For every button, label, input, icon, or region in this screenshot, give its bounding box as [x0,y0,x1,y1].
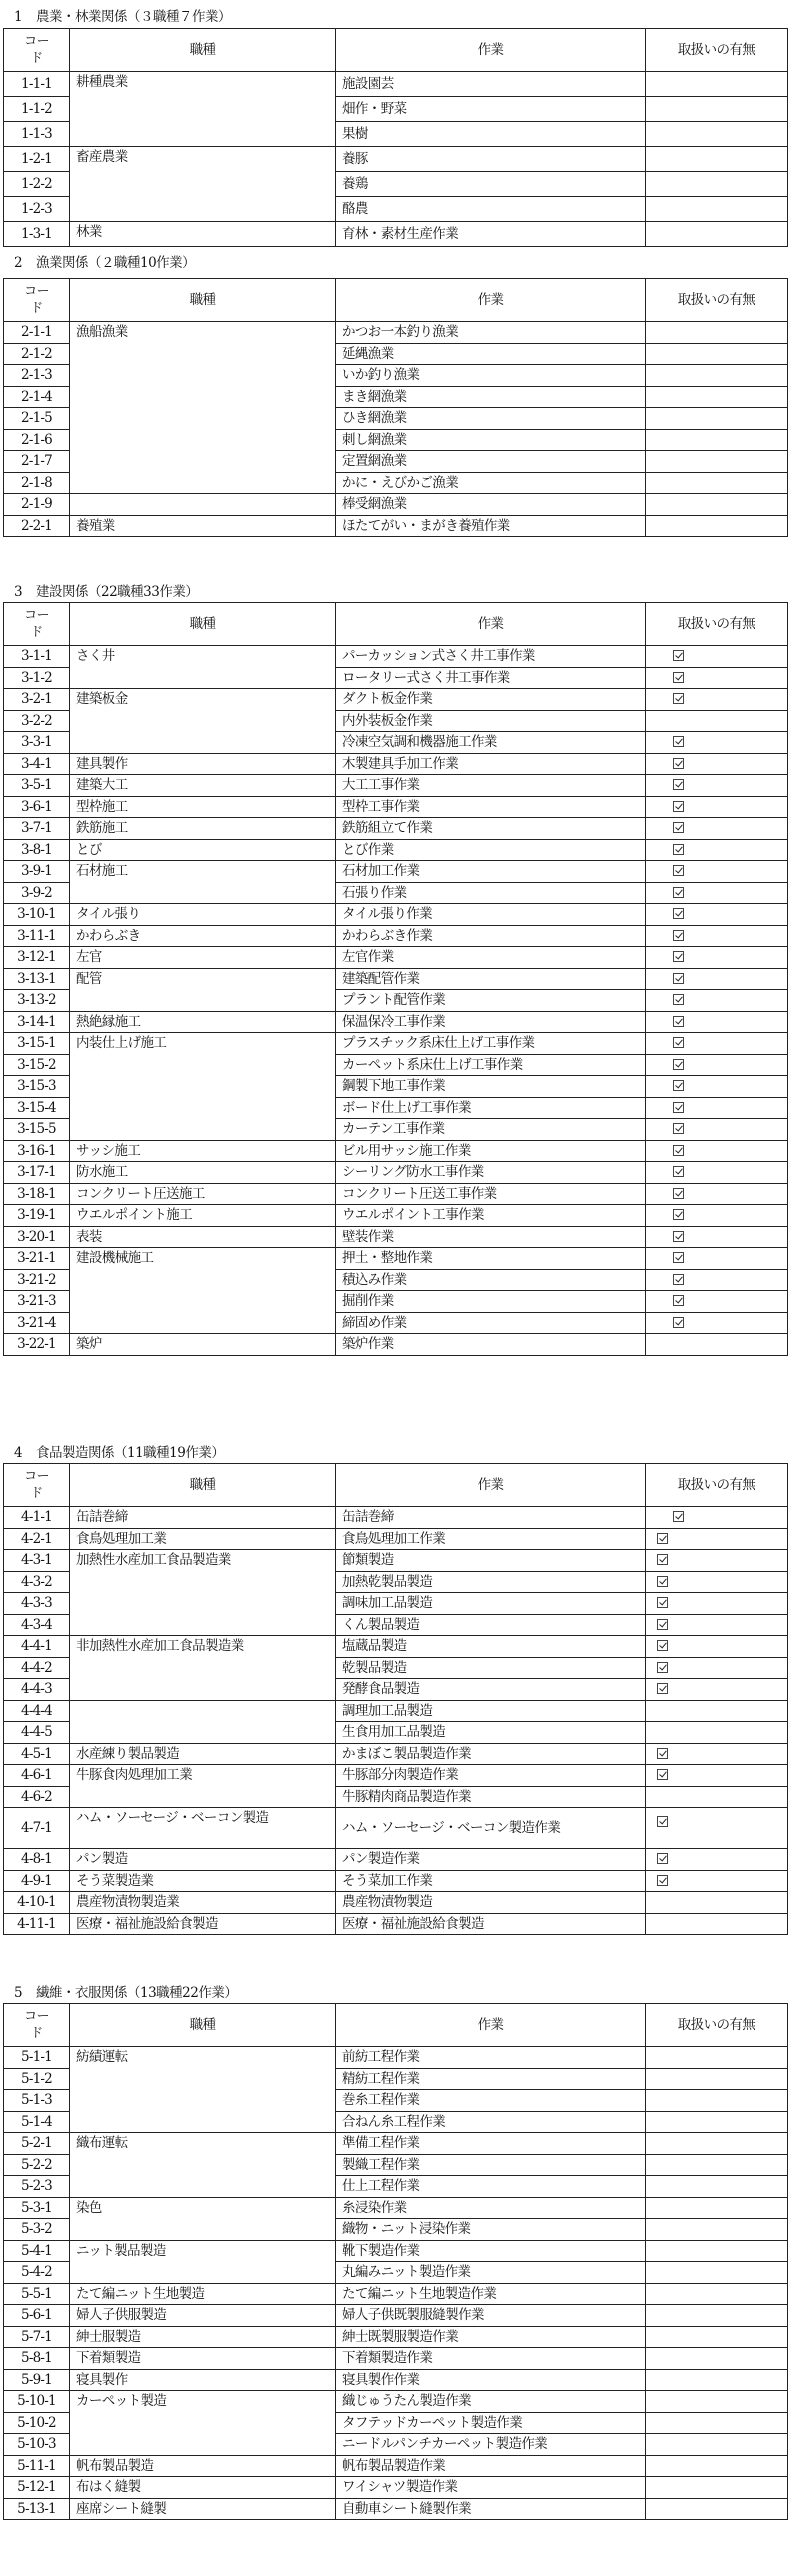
handled-cell[interactable] [646,1076,788,1098]
job-cell: 建築大工 [70,775,336,797]
task-cell: 織じゅうたん製造作業 [336,2391,646,2413]
code-cell: 4-4-2 [4,1657,70,1679]
job-cell: 熱絶縁施工 [70,1011,336,1033]
code-cell: 3-4-1 [4,753,70,775]
section-heading: 食品製造関係（11職種19作業） [36,1445,224,1461]
handled-cell[interactable] [646,72,788,97]
task-cell: 発酵食品製造 [336,1679,646,1701]
handled-cell[interactable] [646,1743,788,1765]
checked-box-icon[interactable] [673,1188,684,1199]
table-row: 4-4-1非加熱性水産加工食品製造業塩蔵品製造 [4,1636,788,1658]
header-handled: 取扱いの有無 [646,2004,788,2047]
checkbox-wrapper [646,1270,787,1290]
job-cell: 建築板金 [70,689,336,754]
section-title-5: 5繊維・衣服関係（13職種22作業） [14,1984,237,2002]
code-cell: 3-2-1 [4,689,70,711]
checked-box-icon[interactable] [673,672,684,683]
handled-cell[interactable] [646,1097,788,1119]
checkbox-wrapper [646,990,787,1010]
code-cell: 2-1-7 [4,451,70,473]
handled-cell[interactable] [646,494,788,516]
checked-box-icon[interactable] [673,1016,684,1027]
job-cell: 医療・福祉施設給食製造 [70,1913,336,1935]
checkbox-wrapper [646,797,787,817]
handled-cell[interactable] [646,172,788,197]
task-cell: パン製造作業 [336,1849,646,1871]
code-cell: 3-6-1 [4,796,70,818]
handled-cell[interactable] [646,2305,788,2327]
code-cell: 1-3-1 [4,222,70,247]
checked-box-icon[interactable] [673,844,684,855]
task-cell: かに・えびかご漁業 [336,472,646,494]
handled-cell[interactable] [646,2391,788,2413]
job-cell: そう菜製造業 [70,1870,336,1892]
handled-cell[interactable] [646,753,788,775]
code-cell: 3-20-1 [4,1226,70,1248]
checkbox-wrapper [646,1744,787,1764]
handled-cell[interactable] [646,947,788,969]
checkbox-wrapper [646,1849,787,1869]
code-cell: 4-3-4 [4,1614,70,1636]
job-cell: カーペット製造 [70,2391,336,2456]
task-cell: 靴下製造作業 [336,2240,646,2262]
code-cell: 5-1-3 [4,2090,70,2112]
task-cell: 壁装作業 [336,1226,646,1248]
code-cell: 5-9-1 [4,2369,70,2391]
handled-cell[interactable] [646,472,788,494]
code-cell: 1-2-1 [4,147,70,172]
code-cell: 5-2-2 [4,2154,70,2176]
checkbox-wrapper [646,947,787,967]
task-cell: 型枠工事作業 [336,796,646,818]
code-cell: 1-2-3 [4,197,70,222]
task-cell: 大工工事作業 [336,775,646,797]
handled-cell[interactable] [646,147,788,172]
code-cell: 3-15-1 [4,1033,70,1055]
task-cell: 保温保冷工事作業 [336,1011,646,1033]
handled-cell[interactable] [646,1636,788,1658]
code-cell: 3-18-1 [4,1183,70,1205]
task-cell: 内外装板金作業 [336,710,646,732]
checked-box-icon[interactable] [673,994,684,1005]
job-cell: 漁船漁業 [70,322,336,494]
code-cell: 5-13-1 [4,2498,70,2520]
task-cell: 調味加工品製造 [336,1593,646,1615]
checked-box-icon[interactable] [657,1853,668,1864]
checked-box-icon[interactable] [657,1683,668,1694]
code-cell: 4-6-2 [4,1786,70,1808]
task-cell: たて編ニット生地製造作業 [336,2283,646,2305]
table-header-row: コード 職種 作業 取扱いの有無 [4,603,788,646]
handled-cell[interactable] [646,1571,788,1593]
code-cell: 3-10-1 [4,904,70,926]
handled-cell[interactable] [646,1119,788,1141]
checked-box-icon[interactable] [673,908,684,919]
task-cell: 缶詰巻締 [336,1507,646,1529]
checkbox-wrapper [646,1313,787,1333]
table-row: 5-12-1布はく縫製ワイシャツ製造作業 [4,2477,788,2499]
checkbox-wrapper [646,1593,787,1613]
checkbox-wrapper [646,1291,787,1311]
checked-box-icon[interactable] [673,1231,684,1242]
checked-box-icon[interactable] [673,1252,684,1263]
checkbox-wrapper [646,1248,787,1268]
checked-box-icon[interactable] [673,951,684,962]
handled-cell[interactable] [646,2154,788,2176]
handled-cell[interactable] [646,1786,788,1808]
job-cell: 配管 [70,968,336,1011]
code-cell: 5-3-2 [4,2219,70,2241]
checkbox-wrapper [646,1815,787,1829]
checked-box-icon[interactable] [657,1769,668,1780]
handled-cell[interactable] [646,1162,788,1184]
checked-box-icon[interactable] [673,736,684,747]
job-cell: たて編ニット生地製造 [70,2283,336,2305]
table-row: 4-5-1水産練り製品製造かまぼこ製品製造作業 [4,1743,788,1765]
checked-box-icon[interactable] [673,1059,684,1070]
handled-cell[interactable] [646,1334,788,1356]
table-row: 5-5-1たて編ニット生地製造たて編ニット生地製造作業 [4,2283,788,2305]
header-task: 作業 [336,1464,646,1507]
job-cell [70,494,336,516]
checked-box-icon[interactable] [657,1816,668,1827]
header-code: コード [4,603,70,646]
job-cell: 養殖業 [70,515,336,537]
table-row: 5-8-1下着類製造下着類製造作業 [4,2348,788,2370]
checked-box-icon[interactable] [673,758,684,769]
checkbox-wrapper [646,1529,787,1549]
section-title-2: 2漁業関係（２職種10作業） [14,254,195,272]
handled-cell[interactable] [646,925,788,947]
header-task: 作業 [336,279,646,322]
checkbox-wrapper [646,1679,787,1699]
handled-cell[interactable] [646,1205,788,1227]
job-cell: 座席シート縫製 [70,2498,336,2520]
handled-cell[interactable] [646,1808,788,1849]
handled-cell[interactable] [646,1849,788,1871]
checked-box-icon[interactable] [673,1511,684,1522]
handled-cell[interactable] [646,2262,788,2284]
handled-cell[interactable] [646,1269,788,1291]
handled-cell[interactable] [646,2197,788,2219]
job-cell: かわらぶき [70,925,336,947]
handled-cell[interactable] [646,1765,788,1787]
task-cell: ほたてがい・まがき養殖作業 [336,515,646,537]
checked-box-icon[interactable] [673,1080,684,1091]
handled-cell[interactable] [646,1614,788,1636]
checkbox-wrapper [646,1033,787,1053]
header-job: 職種 [70,603,336,646]
checkbox-wrapper [646,646,787,666]
task-cell: 製織工程作業 [336,2154,646,2176]
job-cell: 牛豚食肉処理加工業 [70,1765,336,1808]
table-row: 3-17-1防水施工シーリング防水工事作業 [4,1162,788,1184]
code-cell: 3-15-2 [4,1054,70,1076]
handled-cell[interactable] [646,775,788,797]
checked-box-icon[interactable] [657,1875,668,1886]
task-cell: 食鳥処理加工作業 [336,1528,646,1550]
table-row: 3-11-1かわらぶきかわらぶき作業 [4,925,788,947]
checkbox-wrapper [646,904,787,924]
task-cell: 酪農 [336,197,646,222]
handled-cell[interactable] [646,732,788,754]
handled-cell[interactable] [646,1226,788,1248]
handled-cell[interactable] [646,1722,788,1744]
checkbox-wrapper [646,1615,787,1635]
code-cell: 4-4-3 [4,1679,70,1701]
task-cell: 石張り作業 [336,882,646,904]
task-cell: ロータリー式さく井工事作業 [336,667,646,689]
handled-cell[interactable] [646,2219,788,2241]
handled-cell[interactable] [646,2090,788,2112]
task-cell: 冷凍空気調和機器施工作業 [336,732,646,754]
checked-box-icon[interactable] [657,1576,668,1587]
code-cell: 2-1-3 [4,365,70,387]
checkbox-wrapper [646,689,787,709]
handled-cell[interactable] [646,2477,788,2499]
checked-box-icon[interactable] [673,1166,684,1177]
handled-cell[interactable] [646,1550,788,1572]
task-cell: ワイシャツ製造作業 [336,2477,646,2499]
code-cell: 5-6-1 [4,2305,70,2327]
handled-cell[interactable] [646,1140,788,1162]
checkbox-wrapper [646,1572,787,1592]
code-cell: 4-3-1 [4,1550,70,1572]
checked-box-icon[interactable] [657,1748,668,1759]
job-cell: 加熱性水産加工食品製造業 [70,1550,336,1636]
checked-box-icon[interactable] [657,1662,668,1673]
header-task: 作業 [336,29,646,72]
code-cell: 5-4-2 [4,2262,70,2284]
handled-cell[interactable] [646,2068,788,2090]
handled-cell[interactable] [646,2434,788,2456]
code-cell: 4-5-1 [4,1743,70,1765]
job-cell: 鉄筋施工 [70,818,336,840]
handled-cell[interactable] [646,2455,788,2477]
handled-cell[interactable] [646,2369,788,2391]
checked-box-icon[interactable] [673,822,684,833]
checked-box-icon[interactable] [657,1554,668,1565]
table-row: 3-4-1建具製作木製建具手加工作業 [4,753,788,775]
checked-box-icon[interactable] [657,1619,668,1630]
task-cell: コンクリート圧送工事作業 [336,1183,646,1205]
job-table-2: コード 職種 作業 取扱いの有無 2-1-1漁船漁業かつお一本釣り漁業 2-1-… [3,278,788,537]
checked-box-icon[interactable] [673,693,684,704]
handled-cell[interactable] [646,451,788,473]
checked-box-icon[interactable] [673,1317,684,1328]
handled-cell[interactable] [646,2047,788,2069]
header-code: コード [4,2004,70,2047]
handled-cell[interactable] [646,1593,788,1615]
handled-cell[interactable] [646,2412,788,2434]
handled-cell[interactable] [646,1312,788,1334]
code-cell: 1-1-1 [4,72,70,97]
checked-box-icon[interactable] [657,1533,668,1544]
job-cell: パン製造 [70,1849,336,1871]
table-row: 1-2-1畜産農業養豚 [4,147,788,172]
checked-box-icon[interactable] [657,1597,668,1608]
handled-cell[interactable] [646,2283,788,2305]
code-cell: 3-21-2 [4,1269,70,1291]
handled-cell[interactable] [646,2111,788,2133]
handled-cell[interactable] [646,1700,788,1722]
code-cell: 3-15-4 [4,1097,70,1119]
handled-cell[interactable] [646,1291,788,1313]
handled-cell[interactable] [646,429,788,451]
job-cell: 紳士服製造 [70,2326,336,2348]
handled-cell[interactable] [646,343,788,365]
handled-cell[interactable] [646,861,788,883]
task-cell: 養豚 [336,147,646,172]
code-cell: 3-15-5 [4,1119,70,1141]
checked-box-icon[interactable] [673,930,684,941]
checkbox-wrapper [646,1765,787,1785]
table-row: 5-7-1紳士服製造紳士既製服製造作業 [4,2326,788,2348]
handled-cell[interactable] [646,1892,788,1914]
task-cell: とび作業 [336,839,646,861]
handled-cell[interactable] [646,222,788,247]
header-code: コード [4,29,70,72]
code-cell: 3-9-1 [4,861,70,883]
checkbox-wrapper [646,754,787,774]
task-cell: 前紡工程作業 [336,2047,646,2069]
handled-cell[interactable] [646,2326,788,2348]
job-cell: ハム・ソーセージ・ベーコン製造 [70,1808,336,1849]
code-cell: 5-1-4 [4,2111,70,2133]
handled-cell[interactable] [646,408,788,430]
handled-cell[interactable] [646,990,788,1012]
table-row: 3-13-1配管建築配管作業 [4,968,788,990]
table-row: 3-8-1とびとび作業 [4,839,788,861]
checked-box-icon[interactable] [673,1209,684,1220]
table-row: 3-19-1ウエルポイント施工ウエルポイント工事作業 [4,1205,788,1227]
job-cell: 内装仕上げ施工 [70,1033,336,1141]
handled-cell[interactable] [646,968,788,990]
handled-cell[interactable] [646,2498,788,2520]
table-row: 5-13-1座席シート縫製自動車シート縫製作業 [4,2498,788,2520]
code-cell: 4-10-1 [4,1892,70,1914]
checked-box-icon[interactable] [657,1640,668,1651]
task-cell: タイル張り作業 [336,904,646,926]
handled-cell[interactable] [646,904,788,926]
code-cell: 5-2-1 [4,2133,70,2155]
handled-cell[interactable] [646,515,788,537]
checked-box-icon[interactable] [673,1145,684,1156]
handled-cell[interactable] [646,1011,788,1033]
handled-cell[interactable] [646,1033,788,1055]
section-heading: 農業・林業関係（３職種７作業） [36,9,231,25]
handled-cell[interactable] [646,667,788,689]
code-cell: 4-3-2 [4,1571,70,1593]
checked-box-icon[interactable] [673,865,684,876]
handled-cell[interactable] [646,710,788,732]
handled-cell[interactable] [646,2348,788,2370]
header-handled: 取扱いの有無 [646,29,788,72]
job-cell: 建具製作 [70,753,336,775]
code-cell: 4-7-1 [4,1808,70,1849]
handled-cell[interactable] [646,97,788,122]
task-cell: 丸編みニット製造作業 [336,2262,646,2284]
table-row: 3-14-1熱絶縁施工保温保冷工事作業 [4,1011,788,1033]
handled-cell[interactable] [646,2176,788,2198]
handled-cell[interactable] [646,839,788,861]
checked-box-icon[interactable] [673,1037,684,1048]
checkbox-wrapper [646,1141,787,1161]
task-cell: 塩蔵品製造 [336,1636,646,1658]
checked-box-icon[interactable] [673,779,684,790]
handled-cell[interactable] [646,689,788,711]
handled-cell[interactable] [646,1913,788,1935]
checked-box-icon[interactable] [673,1123,684,1134]
header-task: 作業 [336,2004,646,2047]
handled-cell[interactable] [646,1679,788,1701]
section-title-1: 1農業・林業関係（３職種７作業） [14,8,231,26]
handled-cell[interactable] [646,646,788,668]
job-table-5: コード 職種 作業 取扱いの有無 5-1-1紡績運転前紡工程作業5-1-2精紡工… [3,2003,788,2520]
table-row: 5-3-1染色糸浸染作業 [4,2197,788,2219]
code-cell: 5-2-3 [4,2176,70,2198]
handled-cell[interactable] [646,1528,788,1550]
handled-cell[interactable] [646,2133,788,2155]
job-cell: 食鳥処理加工業 [70,1528,336,1550]
table-row: 3-2-1建築板金ダクト板金作業 [4,689,788,711]
task-cell: 延縄漁業 [336,343,646,365]
handled-cell[interactable] [646,386,788,408]
handled-cell[interactable] [646,1183,788,1205]
checked-box-icon[interactable] [673,887,684,898]
task-cell: 牛豚精肉商品製造作業 [336,1786,646,1808]
job-table-1: コード 職種 作業 取扱いの有無 1-1-1耕種農業施設園芸 1-1-2畑作・野… [3,28,788,247]
handled-cell[interactable] [646,1870,788,1892]
handled-cell[interactable] [646,322,788,344]
job-cell: 農産物漬物製造業 [70,1892,336,1914]
checked-box-icon[interactable] [673,650,684,661]
handled-cell[interactable] [646,122,788,147]
checked-box-icon[interactable] [673,1274,684,1285]
job-cell: 染色 [70,2197,336,2240]
handled-cell[interactable] [646,882,788,904]
handled-cell[interactable] [646,1248,788,1270]
task-cell: 織物・ニット浸染作業 [336,2219,646,2241]
job-cell: 水産練り製品製造 [70,1743,336,1765]
handled-cell[interactable] [646,796,788,818]
handled-cell[interactable] [646,2240,788,2262]
checked-box-icon[interactable] [673,1102,684,1113]
checked-box-icon[interactable] [673,973,684,984]
task-cell: 積込み作業 [336,1269,646,1291]
job-cell: 非加熱性水産加工食品製造業 [70,1636,336,1701]
handled-cell[interactable] [646,1507,788,1529]
checked-box-icon[interactable] [673,801,684,812]
table-row: 4-1-1缶詰巻締缶詰巻締 [4,1507,788,1529]
code-cell: 2-1-6 [4,429,70,451]
task-cell: 育林・素材生産作業 [336,222,646,247]
task-cell: ウエルポイント工事作業 [336,1205,646,1227]
handled-cell[interactable] [646,365,788,387]
handled-cell[interactable] [646,1054,788,1076]
handled-cell[interactable] [646,1657,788,1679]
table-row: 4-10-1農産物漬物製造業農産物漬物製造 [4,1892,788,1914]
table-row: 3-10-1タイル張りタイル張り作業 [4,904,788,926]
table-row: 3-20-1表装壁装作業 [4,1226,788,1248]
checkbox-wrapper [646,1055,787,1075]
job-cell: 缶詰巻締 [70,1507,336,1529]
handled-cell[interactable] [646,197,788,222]
checked-box-icon[interactable] [673,1295,684,1306]
job-cell: 築炉 [70,1334,336,1356]
job-table-3: コード 職種 作業 取扱いの有無 3-1-1さく井パーカッション式さく井工事作業… [3,602,788,1356]
handled-cell[interactable] [646,818,788,840]
